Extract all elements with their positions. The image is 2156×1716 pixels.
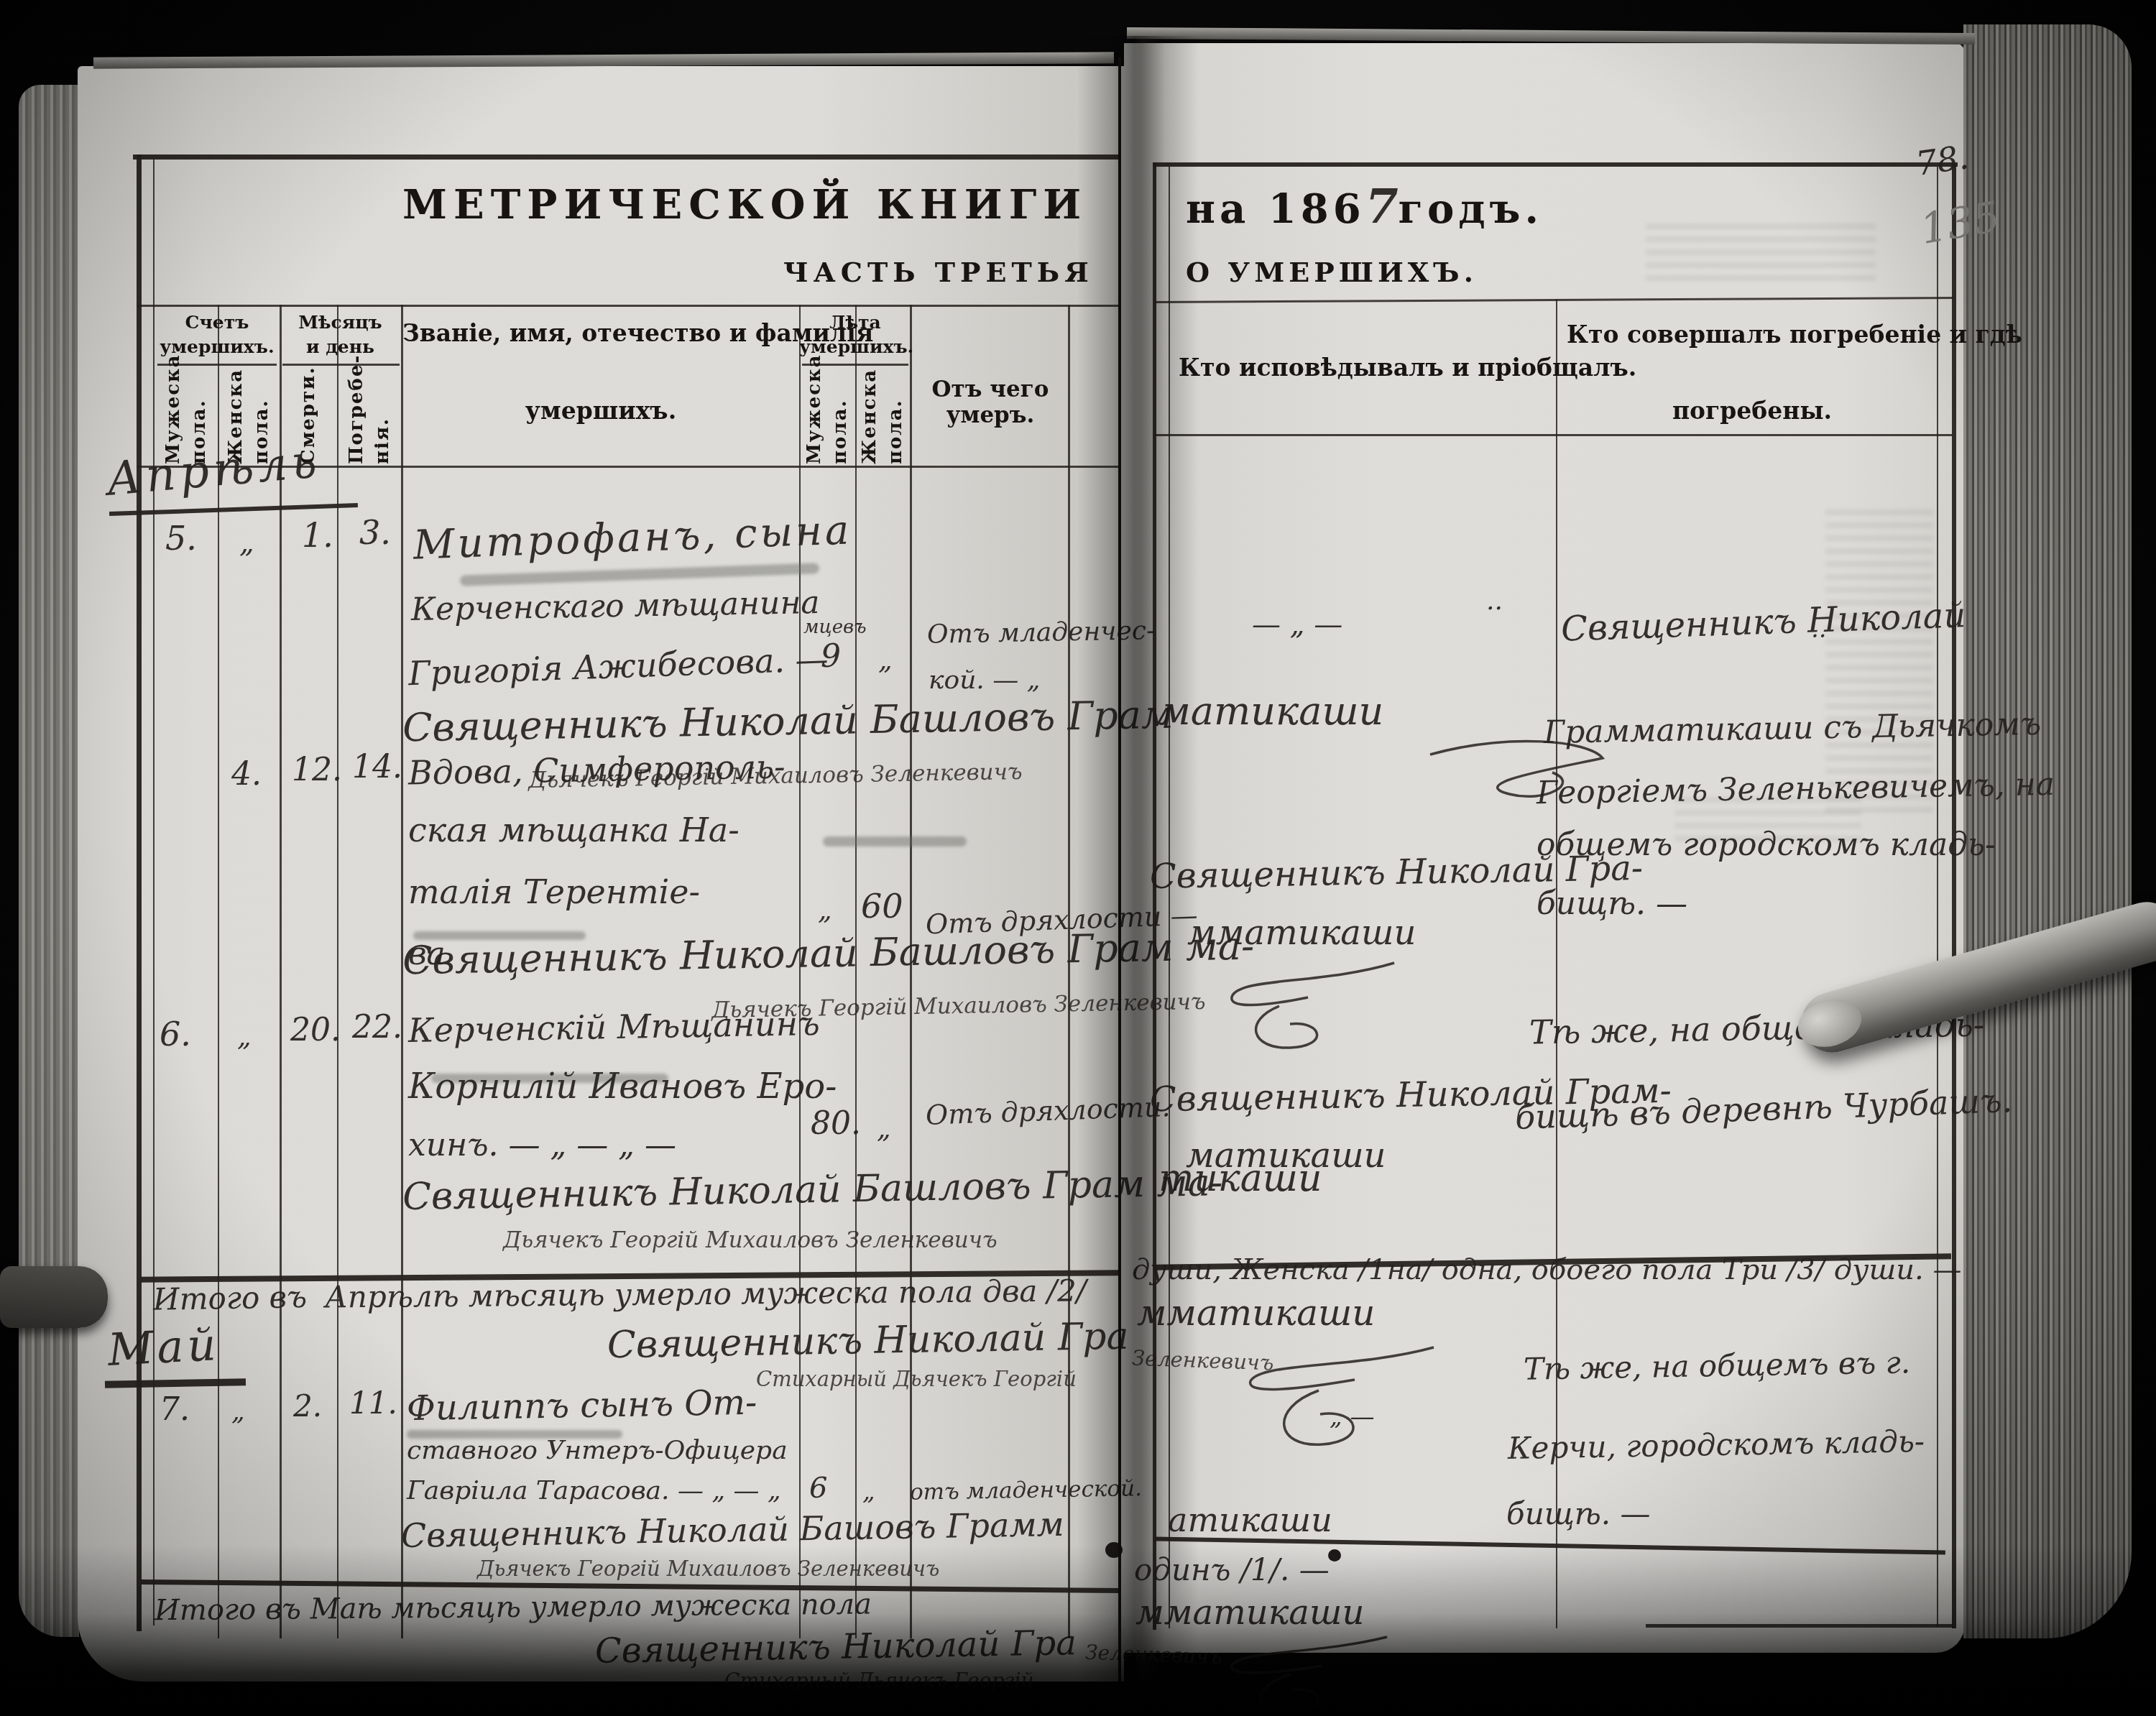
frame-top-left-page (133, 154, 1121, 160)
year-prefix: на 186 (1186, 185, 1365, 233)
record-burial-line: бищѣ. — (1537, 885, 1687, 922)
priest-attestation-continuation: атикаши (1168, 1500, 1332, 1539)
signature-flourish (1222, 956, 1423, 1056)
record-burial-line: Керчи, городскомъ кладь- (1508, 1424, 1925, 1466)
priest-attestation-continuation: тикаши (1158, 1157, 1322, 1200)
record-age-female: „ (878, 644, 893, 675)
year-suffix: годъ. (1399, 185, 1543, 233)
priest-attestation-continuation: матикаши (1158, 688, 1383, 734)
subcol-female-age: Женскапола. (855, 369, 910, 464)
summary-priest-signature-continuation: мматикаши (1137, 1292, 1376, 1334)
summary-female-total: души, Женска /1на/ одна, обоего пола Три… (1132, 1253, 1961, 1286)
page-title-year: на 1867годъ. (1186, 178, 1543, 234)
summary-clerk-signature: Стихарный Дьячекъ Георгій (756, 1367, 1077, 1391)
month-heading-may: Май (106, 1318, 221, 1376)
book-photo: МЕТРИЧЕСКОЙ КНИГИ на 1867годъ. ЧАСТЬ ТРЕ… (0, 0, 2156, 1716)
left-page-stack-edge (19, 85, 79, 1637)
frame-left-outer (137, 154, 142, 1631)
clerk-attestation-line: Дьячекъ Георгій Михаиловъ Зеленкевичъ (503, 1227, 998, 1253)
summary-male-count: Апрѣлѣ мѣсяцѣ умерло мужеска пола два /2… (325, 1273, 1087, 1314)
record-burial-line: общемъ городскомъ кладь- (1537, 826, 1996, 863)
frame-bottom-right (1646, 1624, 1953, 1628)
record-cause-line: отъ младенческой. (910, 1475, 1142, 1505)
record-female-ditto: „ (237, 1020, 252, 1052)
frame-right-inner (1937, 167, 1938, 1627)
record-age-female: 60 (861, 887, 903, 926)
record-burial-day: 3. (359, 513, 391, 552)
subcol-label: Женска (860, 369, 879, 464)
record-age-unit: мцевъ (803, 617, 867, 638)
summary-clerk-signature: Стихарный Дьячекъ Георгій (724, 1669, 1033, 1692)
record-age-male: 80. (811, 1105, 861, 1142)
book-fold-line (1118, 57, 1121, 1682)
record-name-line: ставного Унтеръ-Офицера (407, 1436, 788, 1465)
column-rule (1556, 299, 1557, 1628)
column-rule (280, 305, 282, 1638)
summary-priest-signature-continuation: мматикаши (1135, 1592, 1364, 1633)
pencil-mark (823, 836, 967, 847)
page-title-part: ЧАСТЬ ТРЕТЬЯ (783, 256, 1094, 288)
record-death-day: 1. (302, 516, 333, 555)
col-head-date2: и день (280, 336, 401, 357)
record-name-line: ская мѣщанка На- (408, 811, 740, 849)
column-rule (218, 305, 219, 1638)
year-digit-handwritten: 7 (1365, 178, 1399, 234)
header-top-rule-left (137, 305, 1120, 307)
col-head-name: Званіе, имя, отечество и фамилія (402, 319, 799, 347)
subcol-label: нія. (373, 369, 392, 464)
record-name-line: Филиппъ сынъ От- (407, 1383, 757, 1429)
record-age-male: 9 (821, 638, 841, 675)
col-head-burial2: погребены. (1567, 397, 1938, 425)
summary-clerk-signature-continuation: Зеленкевичъ (1131, 1346, 1273, 1375)
record-confessor-ditto: „ — (1330, 1403, 1374, 1431)
page-title-book: МЕТРИЧЕСКОЙ КНИГИ (402, 181, 1087, 229)
frame-gutter-inner (1169, 167, 1170, 1628)
record-female-ditto: „ (239, 526, 254, 559)
record-burial-day: 14. (352, 749, 402, 785)
col-head-confessor: Кто исповѣдывалъ и пріобщалъ. (1179, 354, 1552, 382)
ink-blot (1328, 1549, 1341, 1562)
record-female-number: 4. (231, 756, 262, 793)
record-name-line: Гавріила Тарасова. — „ — „ (407, 1476, 781, 1505)
record-name-line: Керченскій Мѣщанинъ (408, 1004, 821, 1050)
subcol-label: Мужеска (805, 369, 824, 464)
summary-male-total: одинъ /1/. — (1134, 1552, 1330, 1587)
summary-clerk-signature-continuation: Зеленкевичъ (1084, 1641, 1222, 1669)
header-bottom-rule-right (1155, 434, 1953, 436)
subcol-male-age: Мужескапола. (799, 369, 855, 464)
record-age-female: „ (877, 1112, 891, 1144)
record-confessor-ditto: — „ — (1252, 608, 1342, 641)
group-underline (282, 364, 400, 366)
record-name-line: Корнилій Ивановъ Еро- (408, 1066, 837, 1107)
summary-priest-signature: Священникъ Николай Гра (607, 1315, 1130, 1367)
record-death-day: 20. (290, 1012, 341, 1048)
col-head-name2: умершихъ. (402, 397, 799, 425)
record-burial-line: бищѣ. — (1506, 1496, 1650, 1531)
record-burial-day: 22. (352, 1009, 402, 1046)
record-age-male: 6 (809, 1472, 827, 1505)
frame-top-right-page (1153, 162, 1958, 167)
record-burial-day: 11. (349, 1385, 397, 1421)
clerk-attestation-line: Дьячекъ Георгій Михаиловъ Зеленкевичъ (477, 1556, 939, 1581)
signature-flourish (1222, 1630, 1409, 1716)
record-cause-line: кой. — „ (929, 665, 1040, 695)
summary-priest-signature: Священникъ Николай Гра (595, 1623, 1077, 1671)
subcol-label: пола. (886, 369, 905, 464)
col-head-date: Мѣсяцъ (280, 312, 401, 333)
summary-total-label: Итого въ Маѣ мѣсяцѣ умерло мужеска пола (155, 1588, 872, 1628)
record-female-ditto: „ (231, 1397, 245, 1426)
folio-number-ink: 78. (1914, 137, 1971, 183)
col-head-count: Счетъ (155, 312, 280, 333)
right-page-top-edge (1127, 27, 1975, 45)
record-male-number: 6. (160, 1015, 191, 1053)
col-head-age: Лѣта (799, 312, 911, 333)
record-name-line: хинъ. — „ — „ — (408, 1127, 676, 1163)
record-male-number: 7. (160, 1391, 190, 1428)
record-age-female: „ (862, 1477, 875, 1506)
record-burial-line: Тѣ же, на общемъ въ г. (1524, 1344, 1911, 1386)
col-head-cause: Отъ чего умеръ. (911, 377, 1069, 428)
page-title-section: О УМЕРШИХЪ. (1186, 256, 1478, 288)
frame-right-outer (1952, 162, 1956, 1628)
record-confessor-ditto: .. (1486, 586, 1503, 616)
subcol-label: пола. (831, 369, 849, 464)
col-head-burial: Кто совершалъ погребеніе и гдѣ (1567, 320, 1938, 349)
summary-total-label: Итого въ (153, 1279, 308, 1317)
record-name-line: талія Терентіе- (408, 872, 700, 911)
record-name-line: Керченскаго мѣщанина (411, 584, 820, 628)
subcol-label: Погребе- (347, 369, 366, 464)
record-age-male: „ (818, 894, 832, 926)
ink-bleed-ghost (1646, 223, 1876, 280)
record-male-number: 5. (165, 519, 197, 558)
ink-bleed-ghost (1825, 503, 1933, 812)
record-name-line: Вдова, Симферополь- (408, 747, 786, 792)
record-death-day: 12. (292, 752, 342, 788)
subcol-burial-date: Погребе-нія. (337, 369, 401, 464)
record-death-day: 2. (293, 1388, 322, 1424)
page-weight-left (0, 1266, 108, 1328)
